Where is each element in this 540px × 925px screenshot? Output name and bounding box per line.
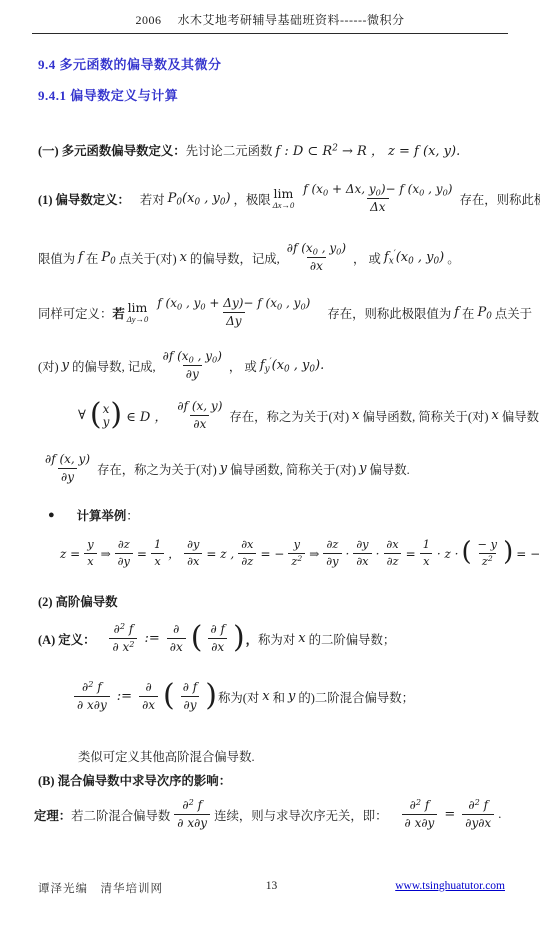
dot-operator: · [346, 547, 350, 561]
para-mixed-partial: ∂2 f∂ x∂y := ∂∂x ( ∂ f∂y ) 称为(对 x 和 y 的)… [70, 680, 414, 713]
text-run: 偏导数； [502, 407, 540, 425]
text-run: ，极限 [234, 190, 271, 208]
fraction: ∂2 f∂ x∂y [174, 798, 210, 831]
fraction: ∂f (x, y) ∂y [42, 452, 93, 485]
limit-operator: lim Δy→0 [127, 302, 149, 324]
text-run: 同样可定义： [38, 304, 112, 322]
math-run: x [298, 631, 305, 646]
right-paren: ) [233, 624, 245, 651]
fraction: ∂x∂z [383, 538, 401, 569]
fraction-numerator: 1 [151, 538, 164, 553]
math-run: = [137, 547, 147, 561]
page-header: 2006 水木艾地考研辅导基础班资料------微积分 [32, 11, 508, 34]
bullet-icon: ● [48, 509, 55, 521]
math-run: x [180, 250, 187, 265]
text-run: 存在，则称此极限值为 [327, 304, 451, 322]
fraction-denominator: ∂y [183, 365, 202, 382]
fraction-numerator: ∂ f [180, 680, 200, 696]
forall-symbol: ∀ [78, 408, 86, 423]
text-run: 先讨论二元函数 [186, 141, 273, 159]
fraction-numerator: y [84, 538, 96, 553]
fraction-numerator: f (x0 + Δx, y0)− f (x0 , y0) [300, 182, 455, 198]
math-run: = [406, 547, 416, 561]
fraction-denominator: ∂ x∂y [174, 814, 210, 831]
fraction: ∂∂x [139, 680, 158, 713]
fraction-denominator: ∂x [167, 638, 186, 655]
fraction-denominator: ∂x [139, 696, 158, 713]
fraction-denominator: ∂x [353, 553, 371, 569]
fraction-numerator: y [291, 538, 303, 553]
lim-word: lim [274, 188, 294, 201]
fraction-numerator: f (x0 , y0 + Δy)− f (x0 , y0) [154, 296, 313, 312]
para-y-def-line2: (对) y 的偏导数, 记成, ∂f (x0 , y0) ∂y ， 或 fy′(… [38, 349, 327, 382]
implies-symbol: ⇒ [309, 547, 319, 561]
fraction-numerator: ∂2 f [111, 622, 137, 638]
text-run-bold: 若 [112, 304, 124, 322]
right-paren: ) [205, 682, 217, 709]
math-run: y [62, 358, 69, 373]
para-forall-y: ∂f (x, y) ∂y 存在，称之为关于(对) y 偏导函数, 简称关于(对)… [38, 452, 410, 485]
fraction-numerator: ∂y [184, 538, 202, 553]
para-partial-def-line1: (1) 偏导数定义： 若对 P0(x0 , y0) ，极限 lim Δx→0 f… [38, 182, 540, 215]
fraction-denominator: z2 [288, 553, 305, 569]
fraction: ∂y∂x [353, 538, 371, 569]
fraction-denominator: ∂z [238, 553, 256, 569]
math-run: x [491, 408, 498, 423]
para-similar-note: 类似可定义其他高阶混合偏导数. [78, 747, 255, 765]
fraction: ∂f (x0 , y0) ∂x [284, 241, 349, 274]
footer-link[interactable]: www.tsinghuatutor.com [395, 880, 505, 892]
lim-subscript: Δy→0 [127, 315, 149, 324]
fraction-denominator: ∂y [181, 696, 200, 713]
math-run: = −1 . [516, 547, 540, 561]
fraction: ∂f (x0 , y0) ∂y [160, 349, 225, 382]
fraction-numerator: ∂f (x, y) [174, 399, 225, 415]
math-run: P0(x0 , y0) [168, 191, 231, 206]
math-run: P0 [477, 305, 491, 320]
text-run: ： [126, 506, 138, 524]
fraction-numerator: ∂ f [207, 622, 227, 638]
fraction-numerator: ∂2 f [79, 680, 105, 696]
text-run: 偏导数. [369, 460, 409, 478]
math-run: x [262, 689, 269, 704]
math-run: x [352, 408, 359, 423]
column-vector: x y [103, 403, 110, 428]
document-page: 2006 水木艾地考研辅导基础班资料------微积分 9.4 多元函数的偏导数… [0, 0, 540, 925]
text-run: 偏导函数, 简称关于(对) [230, 460, 356, 478]
define-equals: := [144, 631, 159, 646]
subsection-order-effect: (B) 混合偏导数中求导次序的影响： [38, 771, 231, 789]
fraction-denominator: ∂y [115, 553, 133, 569]
text-run: 若对 [140, 190, 165, 208]
fraction-denominator: ∂x [190, 415, 209, 432]
para-definition-intro: (一) 多元函数偏导数定义： 先讨论二元函数 f : D ⊂ R2 → R ， … [38, 140, 463, 159]
fraction: ∂ f∂y [180, 680, 200, 713]
fraction-denominator: ∂x [307, 257, 326, 274]
text-run: 存在，则称此极 [459, 190, 540, 208]
para-partial-def-line2: 限值为 f 在 P0 点关于(对) x 的偏导数，记成, ∂f (x0 , y0… [38, 241, 460, 274]
define-equals: := [117, 689, 132, 704]
fraction-numerator: ∂f (x, y) [42, 452, 93, 468]
math-run: ， [168, 545, 180, 562]
fraction-numerator: ∂2 f [179, 798, 205, 814]
fraction-denominator: ∂ x2 [109, 638, 137, 655]
text-run: 的二阶偏导数； [309, 630, 396, 648]
fraction-numerator: ∂f (x0 , y0) [284, 241, 349, 257]
fraction: f (x0 + Δx, y0)− f (x0 , y0) Δx [300, 182, 455, 215]
para-second-partial: (A) 定义： ∂2 f∂ x2 := ∂∂x ( ∂ f∂x ) ， 称为对 … [38, 622, 395, 655]
fraction-numerator: ∂x [238, 538, 256, 553]
fraction: ∂∂x [167, 622, 186, 655]
fraction-numerator: ∂2 f [465, 798, 491, 814]
text-run: 在 [86, 249, 98, 267]
text-run: 点关于(对) [119, 249, 177, 267]
math-run: = − [260, 547, 284, 561]
para-theorem: 定理： 若二阶混合偏导数 ∂2 f∂ x∂y 连续，则与求导次序无关，即： ∂2… [34, 798, 501, 831]
text-run: 的)二阶混合偏导数； [298, 688, 414, 706]
math-run: fy′(x0 , y0). [260, 358, 324, 373]
math-run: y [359, 461, 366, 476]
fraction: 1x [420, 538, 433, 569]
bullet-label: 计算举例 [77, 506, 127, 524]
fraction: ∂2 f∂ x2 [109, 622, 137, 655]
text-run: 点关于 [495, 304, 532, 322]
left-paren: ( [163, 682, 175, 709]
text-run: 偏导函数, 简称关于(对) [363, 407, 489, 425]
fraction: 1x [151, 538, 164, 569]
subsection-label: (B) 混合偏导数中求导次序的影响： [38, 771, 231, 789]
fraction: f (x0 , y0 + Δy)− f (x0 , y0) Δy [154, 296, 313, 329]
math-run: ∈ D ， [126, 406, 167, 425]
left-paren: ( [461, 541, 471, 564]
fraction-numerator: ∂x [383, 538, 401, 553]
left-paren: ( [90, 401, 102, 428]
fraction-numerator: ∂2 f [407, 798, 433, 814]
fraction: − yz2 [475, 538, 500, 569]
fraction: ∂f (x, y) ∂x [174, 399, 225, 432]
fraction: ∂2 f∂ x∂y [74, 680, 110, 713]
fraction-numerator: ∂ [142, 680, 154, 696]
fraction-denominator: x [151, 553, 163, 569]
fraction-denominator: x [420, 553, 432, 569]
math-run: y [220, 461, 227, 476]
fraction: ∂2 f∂ x∂y [402, 798, 438, 831]
fraction-denominator: ∂z [384, 553, 402, 569]
text-run: 类似可定义其他高阶混合偏导数. [78, 747, 255, 765]
lim-subscript: Δx→0 [273, 201, 295, 210]
lim-word: lim [128, 302, 148, 315]
equals-sign: = [444, 807, 455, 822]
fraction: ∂2 f∂y∂x [462, 798, 494, 831]
right-paren: ) [110, 401, 122, 428]
fraction-denominator: Δx [367, 198, 388, 215]
fraction-numerator: ∂f (x0 , y0) [160, 349, 225, 365]
fraction: ∂z∂y [115, 538, 133, 569]
fraction-numerator: ∂z [115, 538, 133, 553]
fraction-denominator: ∂y [323, 553, 341, 569]
math-run: f [78, 250, 83, 265]
subsection-higher-order: (2) 高阶偏导数 [38, 592, 118, 610]
vector-top: x [103, 403, 110, 416]
text-run: 在 [462, 304, 474, 322]
math-run: y [288, 689, 295, 704]
math-run: f [454, 305, 459, 320]
math-run: z = [60, 547, 80, 561]
para-y-def-line1: 同样可定义： 若 lim Δy→0 f (x0 , y0 + Δy)− f (x… [38, 296, 532, 329]
math-run: f : D ⊂ R2 → R ， z = f (x, y). [275, 140, 460, 159]
text-run: ， 或 [229, 357, 257, 375]
text-run: 限值为 [38, 249, 75, 267]
text-run: 。 [447, 249, 459, 267]
para-label: (1) 偏导数定义： [38, 190, 130, 208]
subsection-label: (2) 高阶偏导数 [38, 592, 118, 610]
math-run: = z , [206, 547, 234, 561]
text-run: 存在，称之为关于(对) [97, 460, 217, 478]
fraction-numerator: 1 [420, 538, 433, 553]
section-heading-9-4: 9.4 多元函数的偏导数及其微分 [38, 54, 222, 73]
fraction-denominator: ∂x [184, 553, 202, 569]
fraction-denominator: ∂ x∂y [402, 814, 438, 831]
fraction-denominator: ∂x [208, 638, 227, 655]
fraction-denominator: z2 [479, 553, 496, 569]
math-run: P0 [101, 250, 115, 265]
text-run: 存在，称之为关于(对) [229, 407, 349, 425]
fraction: yx [84, 538, 96, 569]
text-run: 的偏导数, 记成, [72, 357, 156, 375]
fraction: ∂y∂x [184, 538, 202, 569]
bullet-example-heading: ● 计算举例 ： [48, 506, 139, 524]
left-paren: ( [191, 624, 203, 651]
text-run: . [498, 807, 501, 822]
fraction: ∂z∂y [323, 538, 341, 569]
fraction-numerator: ∂z [324, 538, 342, 553]
fraction-numerator: ∂y [353, 538, 371, 553]
para-label: (一) 多元函数偏导数定义： [38, 141, 186, 159]
fraction-denominator: x [84, 553, 96, 569]
example-formula: z = yx ⇒ ∂z∂y = 1x ， ∂y∂x = z , ∂x∂z = −… [58, 538, 540, 569]
fraction-numerator: ∂ [170, 622, 182, 638]
fraction-denominator: ∂y∂x [462, 814, 494, 831]
vector-bottom: y [103, 416, 110, 429]
fraction: ∂ f∂x [207, 622, 227, 655]
page-footer: 谭泽光编 清华培训网 13 www.tsinghuatutor.com [38, 880, 505, 896]
text-run: (对) [38, 357, 59, 375]
theorem-label: 定理： [34, 806, 71, 824]
implies-symbol: ⇒ [101, 547, 111, 561]
text-run: 和 [273, 688, 285, 706]
text-run: 若二阶混合偏导数 [71, 806, 170, 824]
text-run: 称为对 [258, 630, 295, 648]
right-paren: ) [503, 541, 513, 564]
text-run: 的偏导数，记成, [190, 249, 280, 267]
text-run: ， 或 [353, 249, 381, 267]
limit-operator: lim Δx→0 [273, 188, 295, 210]
math-run: fx′(x0 , y0) [384, 250, 444, 265]
para-forall-x: ∀ ( x y ) ∈ D ， ∂f (x, y) ∂x 存在，称之为关于(对)… [75, 399, 540, 432]
fraction: yz2 [288, 538, 305, 569]
fraction-denominator: Δy [223, 312, 244, 329]
para-label: (A) 定义： [38, 630, 95, 648]
section-heading-9-4-1: 9.4.1 偏导数定义与计算 [38, 85, 178, 104]
header-title: 2006 水木艾地考研辅导基础班资料------微积分 [136, 13, 405, 27]
text-run: 连续，则与求导次序无关，即： [214, 806, 387, 824]
math-run: · z · [437, 547, 459, 561]
math-run: ， [246, 630, 258, 648]
dot-operator: · [376, 547, 380, 561]
fraction-numerator: − y [475, 538, 500, 553]
fraction-denominator: ∂y [58, 468, 77, 485]
text-run: 称为(对 [218, 688, 259, 706]
fraction-denominator: ∂ x∂y [74, 696, 110, 713]
fraction: ∂x∂z [238, 538, 256, 569]
